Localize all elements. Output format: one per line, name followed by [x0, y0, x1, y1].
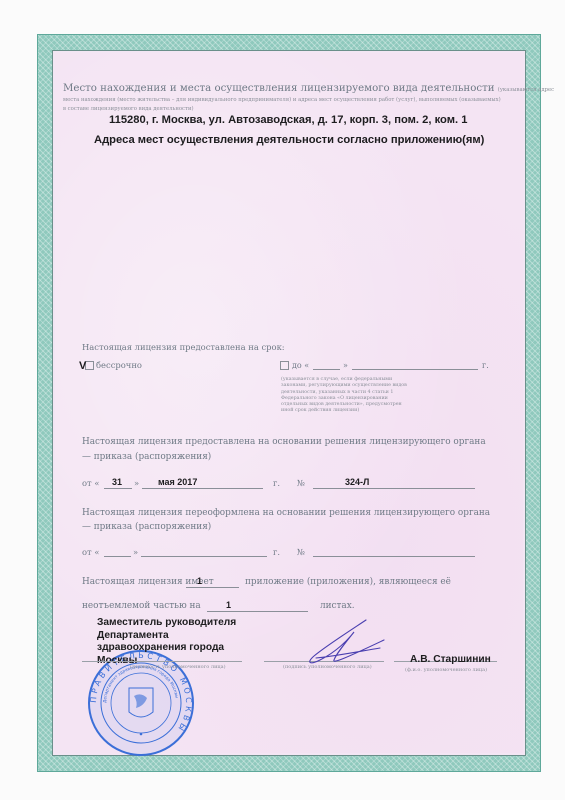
position-label: (должность уполномоченного лица)	[130, 664, 226, 670]
handwritten-signature-icon	[296, 618, 388, 666]
address-note: Адреса мест осуществления деятельности с…	[94, 134, 484, 146]
indefinite-checkbox[interactable]	[85, 361, 94, 370]
location-note-3: в составе лицензируемого вида деятельнос…	[63, 106, 194, 113]
reissued-month-field[interactable]	[141, 556, 267, 557]
location-note-1: (указываются адрес	[498, 87, 554, 93]
appendix-text-b: приложение (приложения), являющееся её	[245, 577, 451, 587]
granted-number-label: №	[297, 478, 305, 488]
reissued-year-suffix: г.	[273, 547, 280, 557]
address: 115280, г. Москва, ул. Автозаводская, д.…	[109, 114, 467, 126]
granted-year-suffix: г.	[273, 478, 280, 488]
reissued-number-field[interactable]	[313, 556, 475, 557]
location-heading-text: Место нахождения и места осуществления л…	[63, 83, 495, 94]
reissued-text-1: Настоящая лицензия переоформлена на осно…	[82, 508, 490, 518]
granted-day: 31	[112, 477, 122, 487]
appendix-count-field[interactable]	[186, 587, 239, 588]
appendix-sheets-field[interactable]	[207, 611, 308, 612]
granted-text-2: — приказа (распоряжения)	[82, 452, 211, 462]
granted-day-field[interactable]	[104, 488, 132, 489]
position-block: Заместитель руководителя Департамента зд…	[97, 617, 236, 667]
until-note: (указывается в случае, если федеральными…	[281, 377, 413, 415]
signatory-name: А.В. Старшинин	[410, 654, 491, 665]
position-line-3: здравоохранения города	[97, 642, 236, 655]
granted-number-field[interactable]	[313, 488, 475, 489]
until-checkbox[interactable]	[280, 361, 289, 370]
position-line	[82, 661, 242, 662]
until-prefix: до «	[292, 361, 309, 370]
reissued-day-field[interactable]	[104, 556, 131, 557]
indefinite-label: бессрочно	[96, 360, 142, 370]
until-date-field[interactable]	[352, 369, 478, 370]
location-note-2: места нахождения (место жительства – для…	[63, 97, 501, 104]
until-suffix: г.	[482, 361, 489, 370]
granted-text-1: Настоящая лицензия предоставлена на осно…	[82, 437, 486, 447]
appendix-text-c: неотъемлемой частью на	[82, 601, 201, 611]
reissued-from-label: от «	[82, 547, 99, 557]
appendix-sheets: 1	[226, 600, 231, 610]
until-mid: »	[343, 361, 348, 370]
reissued-number-label: №	[297, 547, 305, 557]
granted-quote-close: »	[134, 478, 139, 488]
appendix-text-d: листах.	[320, 601, 355, 611]
position-line-1: Заместитель руководителя	[97, 617, 236, 630]
reissued-text-2: — приказа (распоряжения)	[82, 522, 211, 532]
until-day-field[interactable]	[313, 369, 340, 370]
term-label: Настоящая лицензия предоставлена на срок…	[82, 342, 285, 352]
granted-from-label: от «	[82, 478, 99, 488]
position-line-2: Департамента	[97, 630, 236, 643]
location-heading: Место нахождения и места осуществления л…	[63, 83, 554, 94]
appendix-count: 1	[197, 576, 202, 586]
granted-month-year: мая 2017	[158, 477, 197, 487]
name-label: (ф.и.о. уполномоченного лица)	[405, 667, 487, 673]
granted-month-field[interactable]	[142, 488, 263, 489]
granted-number: 324-Л	[345, 477, 369, 487]
appendix-text-a: Настоящая лицензия имеет	[82, 577, 214, 587]
reissued-quote-close: »	[133, 547, 138, 557]
check-mark-icon: V	[79, 360, 86, 372]
